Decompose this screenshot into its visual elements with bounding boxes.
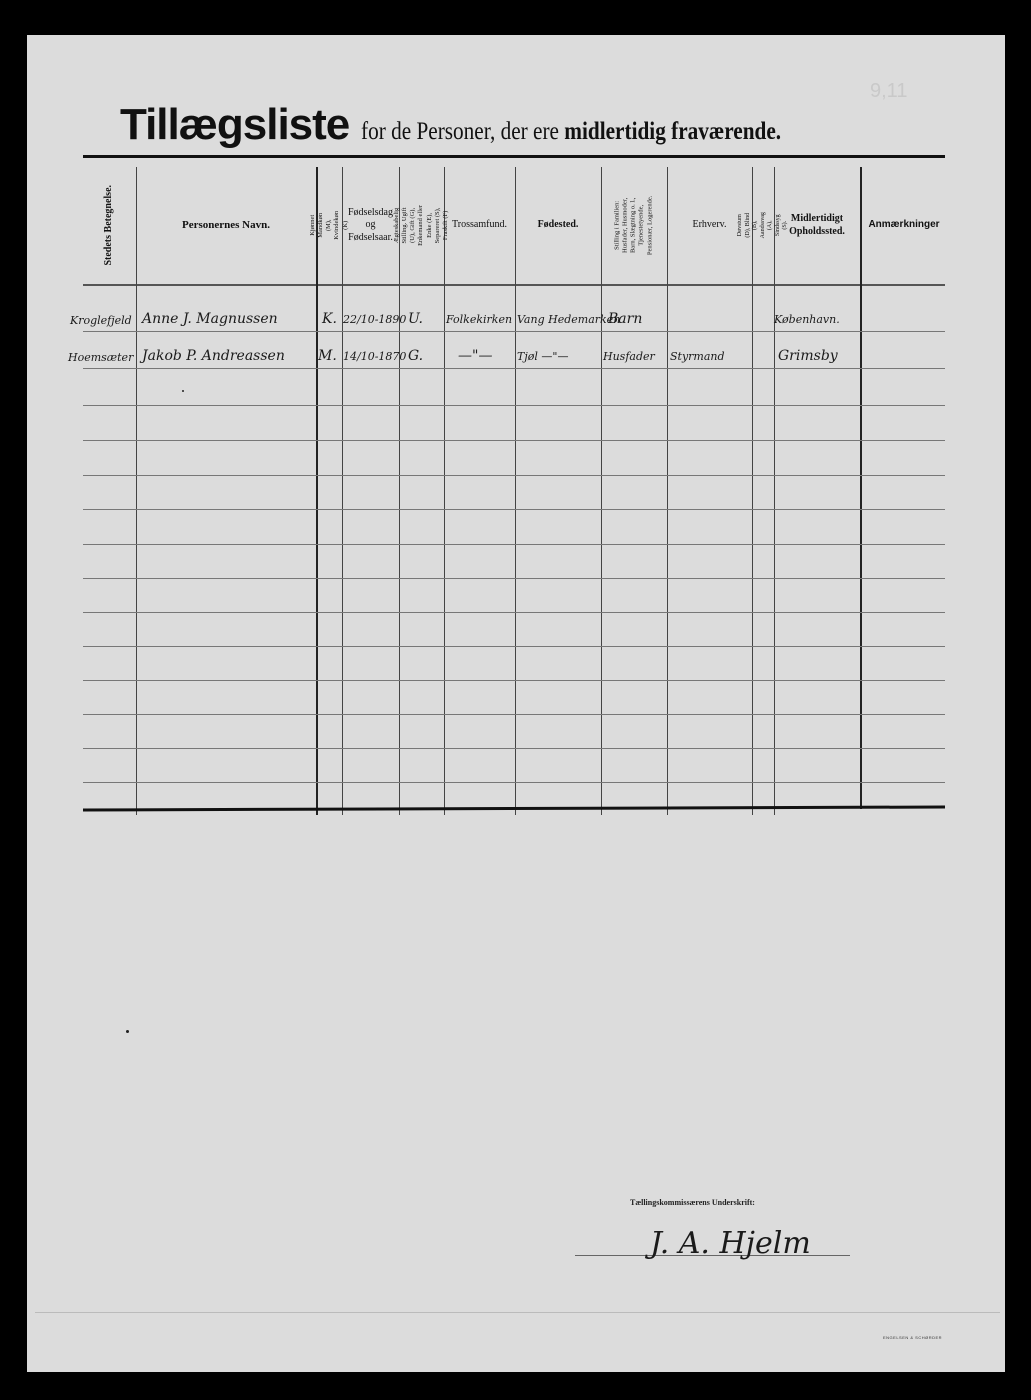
title-sub-part-2: midlertidig fraværende. [565, 118, 782, 145]
row-divider [83, 440, 945, 441]
row-divider [83, 612, 945, 613]
row1-fodested: Vang Hedemarken [517, 313, 620, 326]
header-label: Personernes Navn. [182, 219, 270, 233]
row-divider [83, 646, 945, 647]
row-divider [83, 509, 945, 510]
header-divider [83, 284, 945, 286]
row-divider [83, 782, 945, 783]
printer-mark: ENGELSEN & SCHØRDER [883, 1335, 942, 1340]
header-dovstum: Døvstum (D), Blind (B), Aandssvag (A), S… [752, 167, 774, 284]
row1-sted: Kroglefjeld [70, 314, 132, 327]
row1-egteskab: U. [408, 311, 423, 327]
row1-navn: Anne J. Magnussen [142, 311, 278, 327]
header-anmaerkninger: Anmærkninger [860, 167, 948, 284]
header-kjonnet: Kjønnet Mandkøn (M), Kvindekøn (K) [316, 167, 342, 284]
header-stilling-i-familien: Stilling i Familien: Husfader, Husmoder,… [601, 167, 667, 284]
row-divider [83, 714, 945, 715]
header-trossamfund: Trossamfund. [444, 167, 515, 284]
header-label: Fødselsdag og Fødselsaar. [342, 207, 399, 245]
row-divider [83, 368, 945, 369]
row1-kjon: K. [322, 311, 337, 327]
title-sub-part-1: for de Personer, der ere [361, 118, 559, 145]
row1-stilling: Barn [608, 311, 642, 327]
signature: J. A. Hjelm [650, 1226, 811, 1261]
header-stedets-betegnelse: Stedets Betegnelse. [83, 167, 136, 284]
row-divider [83, 578, 945, 579]
row1-tro: Folkekirken [446, 313, 512, 326]
header-personernes-navn: Personernes Navn. [136, 167, 316, 284]
ink-speck [182, 390, 184, 392]
row2-erhverv: Styrmand [670, 350, 725, 363]
header-label: Fødested. [538, 219, 579, 232]
row-divider [83, 405, 945, 406]
header-fodselsdag: Fødselsdag og Fødselsaar. [342, 167, 399, 284]
row2-stilling: Husfader [603, 350, 655, 363]
top-rule [83, 155, 945, 158]
row-divider [83, 748, 945, 749]
row2-fodested: Tjøl —"— [517, 350, 568, 363]
header-midlertidigt-opholdssted: Midlertidigt Opholdssted. [774, 167, 860, 284]
row-divider [83, 544, 945, 545]
header-label: Stedets Betegnelse. [103, 185, 116, 266]
title-main: Tillægsliste [120, 100, 349, 149]
row2-tro: —"— [458, 348, 492, 364]
header-label: Trossamfund. [452, 219, 507, 232]
signature-label: Tællingskommissærens Underskrift: [630, 1198, 755, 1207]
row2-kjon: M. [318, 348, 337, 364]
row-divider [83, 680, 945, 681]
page-bottom-edge [35, 1312, 1000, 1313]
row2-egteskab: G. [408, 348, 423, 364]
row2-navn: Jakob P. Andreassen [142, 348, 285, 364]
form-title: Tillægsliste for de Personer, der ere mi… [120, 100, 920, 150]
row1-fodsel: 22/10-1890 [343, 313, 406, 326]
header-label: Stilling i Familien: Husfader, Husmoder,… [614, 193, 655, 259]
header-label: Anmærkninger [868, 219, 939, 232]
header-label: Ægteskabelig Stilling. Ugift (U), Gift (… [393, 203, 450, 248]
header-fodested: Fødested. [515, 167, 601, 284]
title-subtitle: for de Personer, der ere midlertidig fra… [361, 118, 781, 146]
header-label: Erhverv. [692, 219, 726, 232]
header-egteskabelig-stilling: Ægteskabelig Stilling. Ugift (U), Gift (… [399, 167, 444, 284]
row-divider [83, 475, 945, 476]
header-label: Midlertidigt Opholdssted. [782, 213, 852, 238]
row2-fodsel: 14/10-1870 [343, 350, 406, 363]
row-divider [83, 331, 945, 332]
row2-opholdssted: Grimsby [778, 348, 838, 364]
row2-sted: Hoemsæter [68, 351, 133, 364]
row1-opholdssted: København. [774, 313, 840, 326]
ink-speck [126, 1030, 129, 1033]
